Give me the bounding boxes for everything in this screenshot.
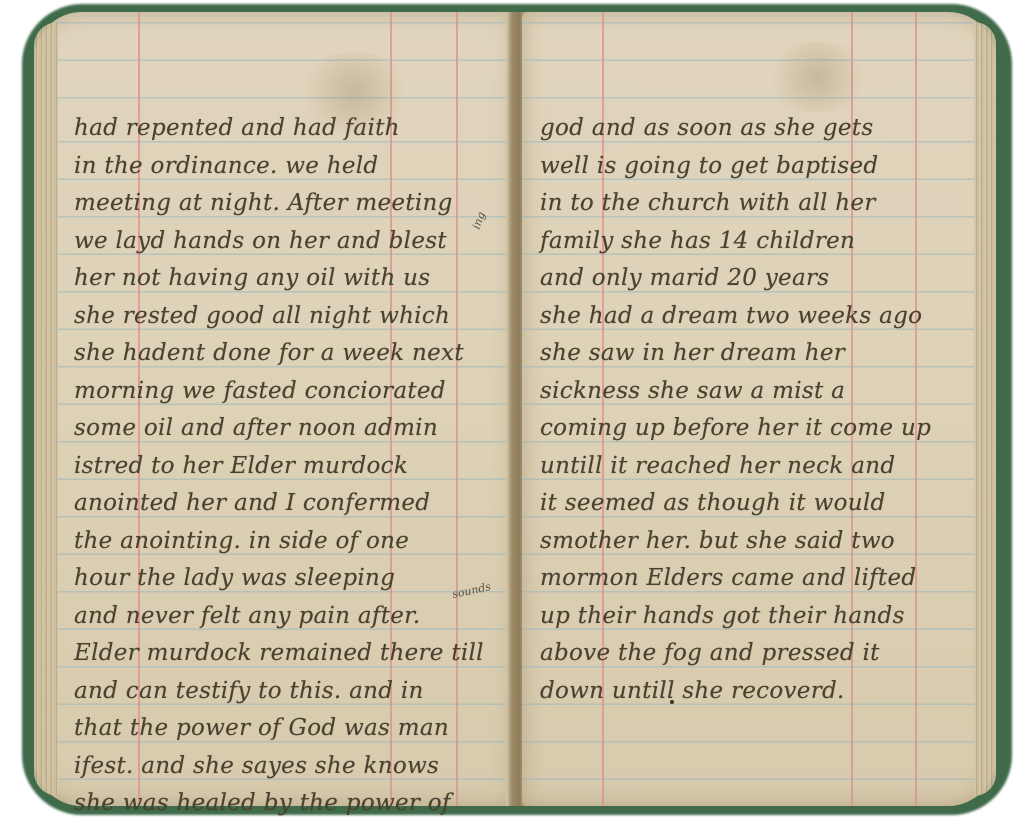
handwritten-line: we layd hands on her and blest [74, 223, 484, 261]
handwritten-line: sickness she saw a mist a [540, 373, 931, 411]
handwritten-line: the anointing. in side of one [74, 523, 484, 561]
handwritten-line: mormon Elders came and lifted [540, 560, 931, 598]
handwritten-line: up their hands got their hands [540, 598, 931, 636]
page-edges [34, 22, 58, 796]
left-page: had repented and had faith in the ordina… [34, 12, 514, 806]
handwritten-line: that the power of God was man [74, 710, 484, 748]
paper-stain [762, 42, 872, 112]
handwritten-line: she was healed by the power of [74, 785, 484, 819]
handwritten-line: some oil and after noon admin [74, 410, 484, 448]
handwritten-line: coming up before her it come up [540, 410, 931, 448]
handwritten-line: down untill she recoverd. [540, 673, 931, 711]
handwritten-line: god and as soon as she gets [540, 110, 931, 148]
handwritten-line: had repented and had faith [74, 110, 484, 148]
handwritten-line: hour the lady was sleeping [74, 560, 484, 598]
handwritten-line: ifest. and she sayes she knows [74, 748, 484, 786]
handwritten-line: in to the church with all her [540, 185, 931, 223]
handwritten-line: and never felt any pain after. [74, 598, 484, 636]
handwritten-line: and only marid 20 years [540, 260, 931, 298]
handwritten-line: smother her. but she said two [540, 523, 931, 561]
handwritten-line: she had a dream two weeks ago [540, 298, 931, 336]
handwritten-line: she hadent done for a week next [74, 335, 484, 373]
handwritten-line: she rested good all night which [74, 298, 484, 336]
handwritten-line: and can testify to this. and in [74, 673, 484, 711]
right-page-text: god and as soon as she gets well is goin… [540, 110, 931, 710]
handwritten-line: she saw in her dream her [540, 335, 931, 373]
handwritten-line: well is going to get baptised [540, 148, 931, 186]
ink-dot [670, 700, 674, 704]
handwritten-line: her not having any oil with us [74, 260, 484, 298]
handwritten-line: meeting at night. After meeting [74, 185, 484, 223]
handwritten-line: family she has 14 children [540, 223, 931, 261]
handwritten-line: untill it reached her neck and [540, 448, 931, 486]
left-page-text: had repented and had faith in the ordina… [74, 110, 484, 819]
right-page: god and as soon as she gets well is goin… [522, 12, 996, 806]
handwritten-line: istred to her Elder murdock [74, 448, 484, 486]
handwritten-line: in the ordinance. we held [74, 148, 484, 186]
page-edges [974, 22, 996, 796]
handwritten-line: above the fog and pressed it [540, 635, 931, 673]
notebook-spread: had repented and had faith in the ordina… [34, 12, 996, 806]
handwritten-line: Elder murdock remained there till [74, 635, 484, 673]
handwritten-line: it seemed as though it would [540, 485, 931, 523]
handwritten-line: morning we fasted conciorated [74, 373, 484, 411]
handwritten-line: anointed her and I confermed [74, 485, 484, 523]
